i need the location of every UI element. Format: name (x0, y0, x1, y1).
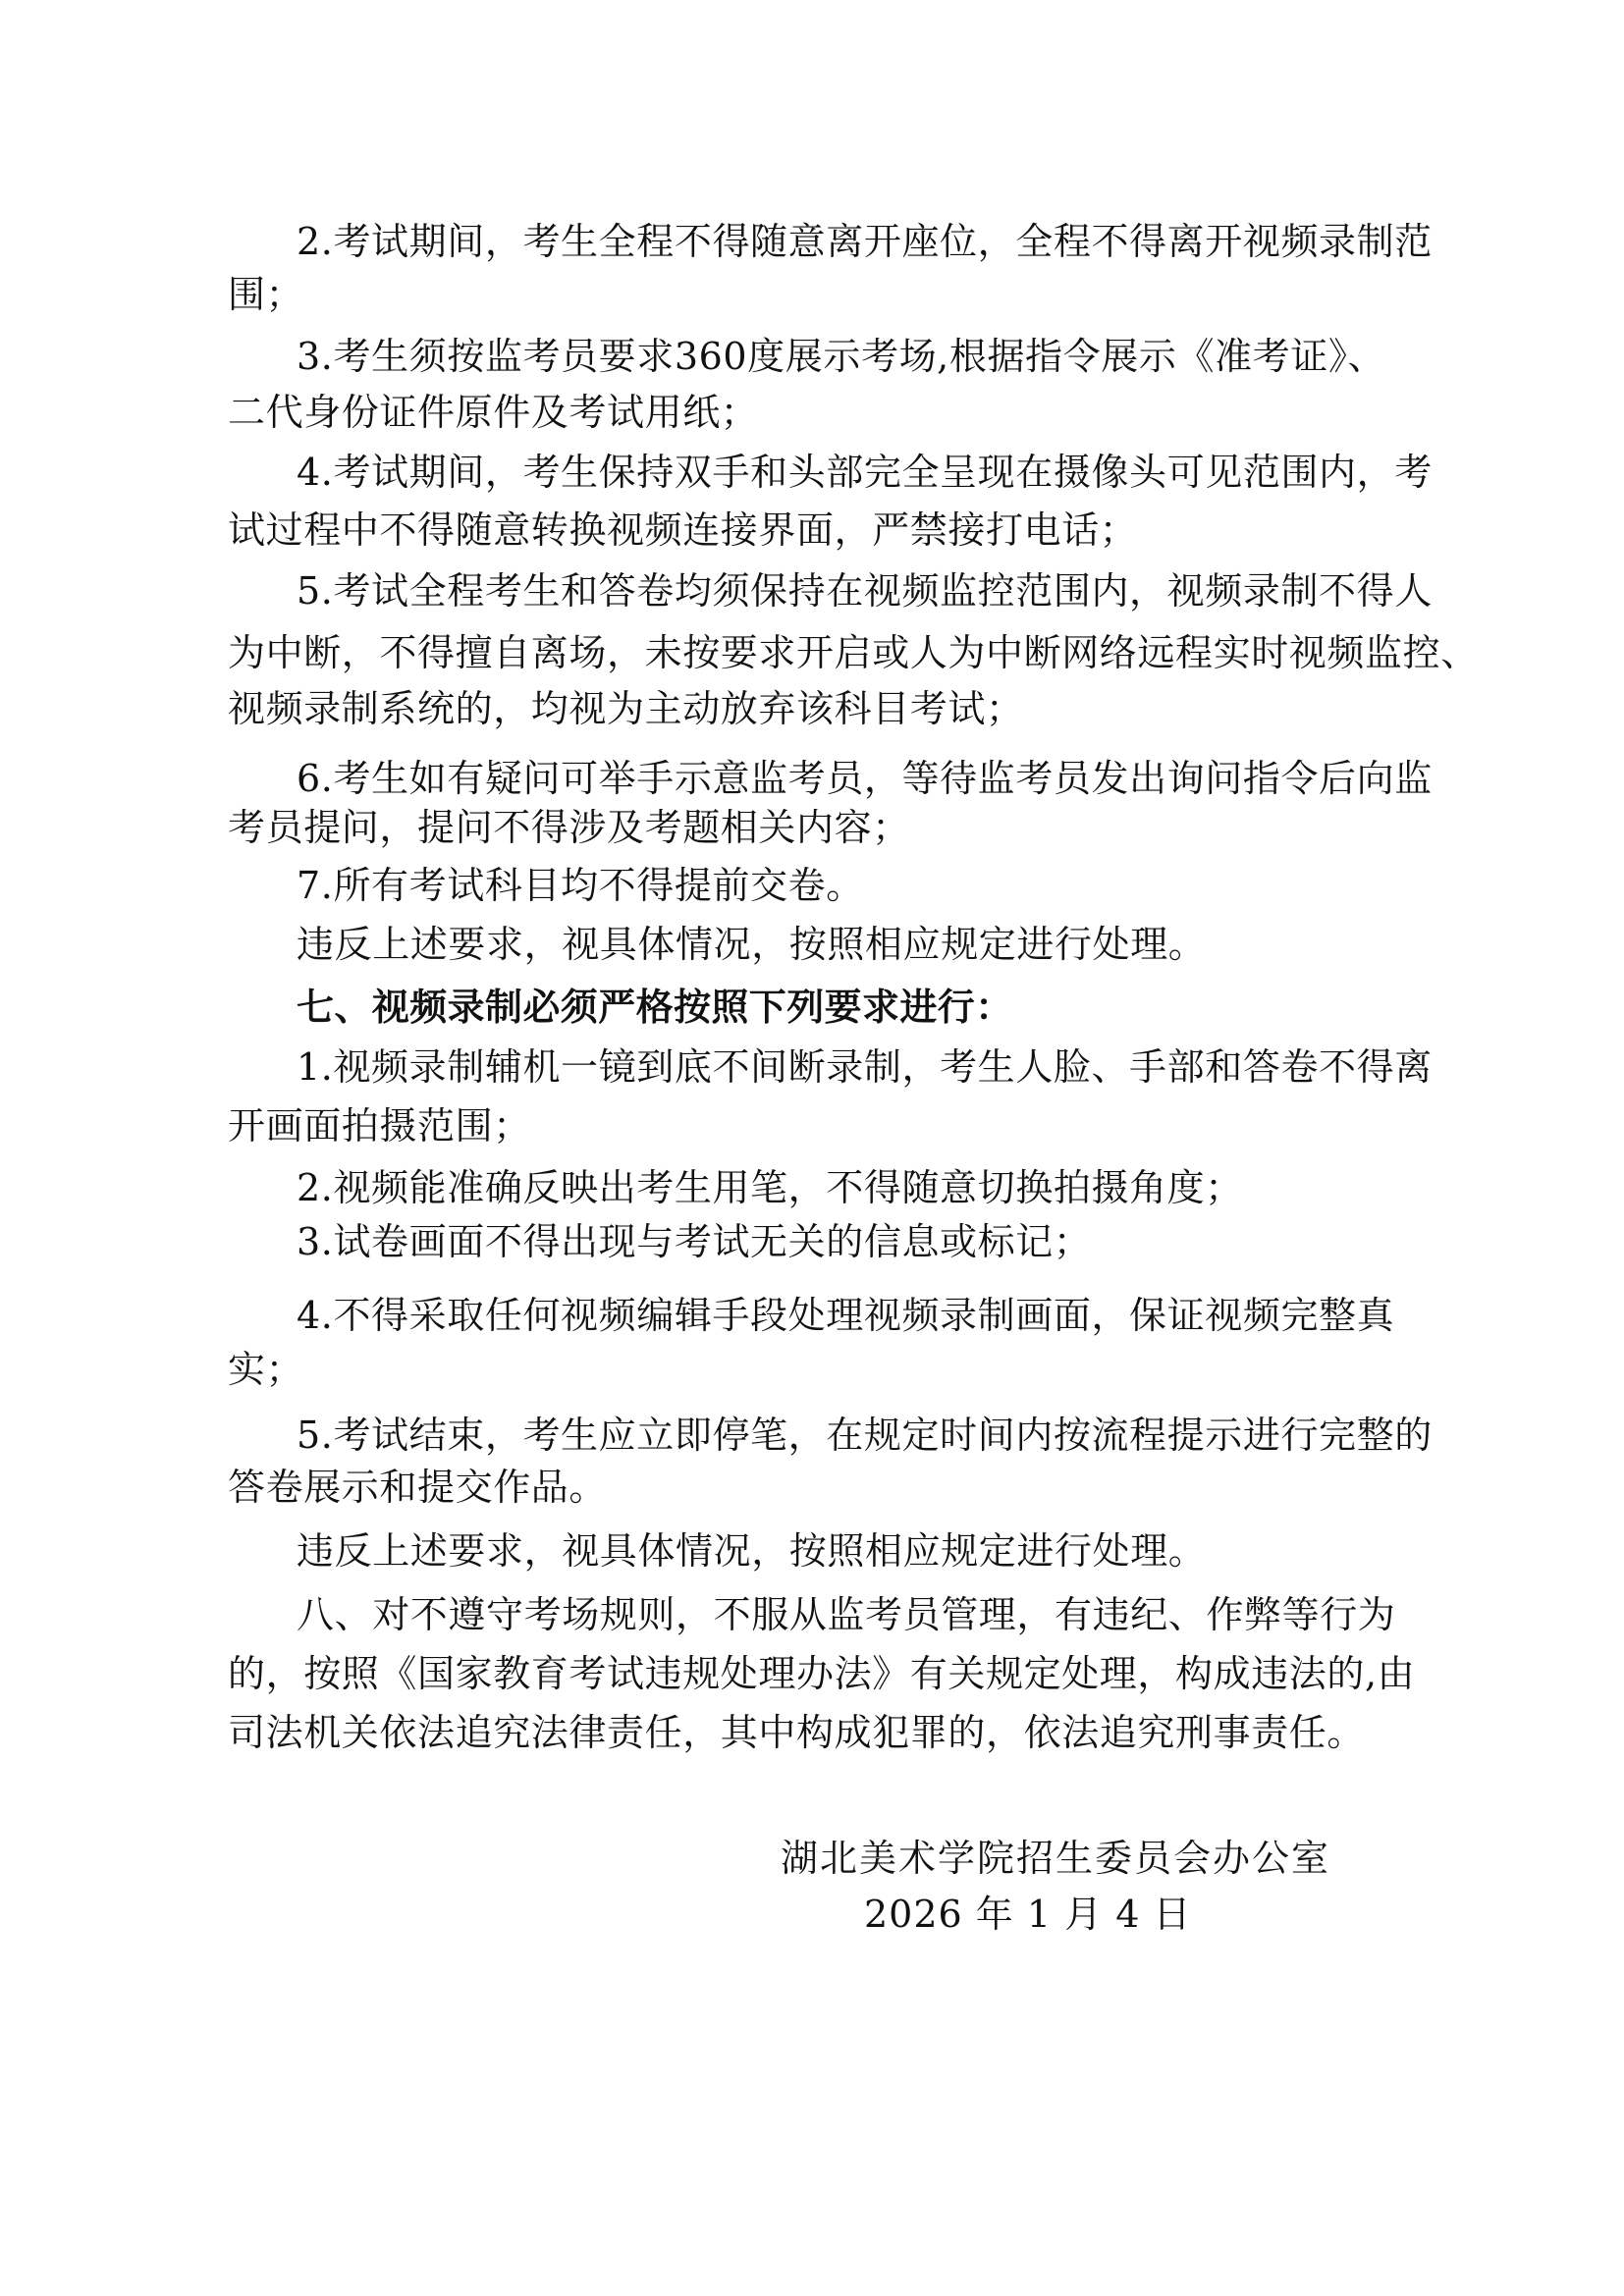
signature-date: 2026 年 1 月 4 日 (864, 1891, 1316, 1938)
s7-item5-line2: 答卷展示和提交作品。 (228, 1464, 1422, 1511)
s7-item3-line1: 3.试卷画面不得出现与考试无关的信息或标记； (297, 1218, 1422, 1265)
s7-violation-text: 违反上述要求，视具体情况，按照相应规定进行处理。 (297, 1527, 1422, 1575)
s6-item2-line2: 围； (228, 271, 1422, 318)
s8-line2: 的，按照《国家教育考试违规处理办法》有关规定处理，构成违法的,由 (228, 1650, 1422, 1697)
s6-item6-line2: 考员提问，提问不得涉及考题相关内容； (228, 804, 1422, 851)
section7-heading: 七、视频录制必须严格按照下列要求进行： (297, 984, 1422, 1031)
s6-item7-line1: 7.所有考试科目均不得提前交卷。 (297, 862, 1422, 909)
s7-item4-line2: 实； (228, 1346, 1422, 1393)
s7-item1-line2: 开画面拍摄范围； (228, 1102, 1422, 1149)
s6-item4-line1: 4.考试期间，考生保持双手和头部完全呈现在摄像头可见范围内，考 (297, 449, 1422, 496)
s6-item3-line1: 3.考生须按监考员要求360度展示考场,根据指令展示《准考证》、 (297, 333, 1422, 380)
s6-item5-line1: 5.考试全程考生和答卷均须保持在视频监控范围内，视频录制不得人 (297, 567, 1422, 614)
s6-item6-line1: 6.考生如有疑问可举手示意监考员，等待监考员发出询问指令后向监 (297, 755, 1422, 802)
document-page: 2.考试期间，考生全程不得随意离开座位，全程不得离开视频录制范 围； 3.考生须… (0, 0, 1624, 2296)
s6-item5-line2: 为中断，不得擅自离场，未按要求开启或人为中断网络远程实时视频监控、 (228, 629, 1422, 676)
s6-item2-line1: 2.考试期间，考生全程不得随意离开座位，全程不得离开视频录制范 (297, 218, 1422, 265)
s8-line3: 司法机关依法追究法律责任，其中构成犯罪的，依法追究刑事责任。 (228, 1709, 1422, 1756)
s6-violation-text: 违反上述要求，视具体情况，按照相应规定进行处理。 (297, 921, 1422, 968)
s6-item5-line3: 视频录制系统的，均视为主动放弃该科目考试； (228, 685, 1422, 732)
s7-item4-line1: 4.不得采取任何视频编辑手段处理视频录制画面，保证视频完整真 (297, 1292, 1422, 1339)
s8-line1: 八、对不遵守考场规则，不服从监考员管理，有违纪、作弊等行为 (297, 1591, 1422, 1638)
signature-organization: 湖北美术学院招生委员会办公室 (781, 1835, 1429, 1882)
s7-item5-line1: 5.考试结束，考生应立即停笔，在规定时间内按流程提示进行完整的 (297, 1412, 1422, 1459)
s7-item2-line1: 2.视频能准确反映出考生用笔，不得随意切换拍摄角度； (297, 1164, 1422, 1211)
s7-item1-line1: 1.视频录制辅机一镜到底不间断录制，考生人脸、手部和答卷不得离 (297, 1043, 1422, 1091)
s6-item3-line2: 二代身份证件原件及考试用纸； (228, 389, 1422, 436)
s6-item4-line2: 试过程中不得随意转换视频连接界面，严禁接打电话； (228, 507, 1422, 554)
